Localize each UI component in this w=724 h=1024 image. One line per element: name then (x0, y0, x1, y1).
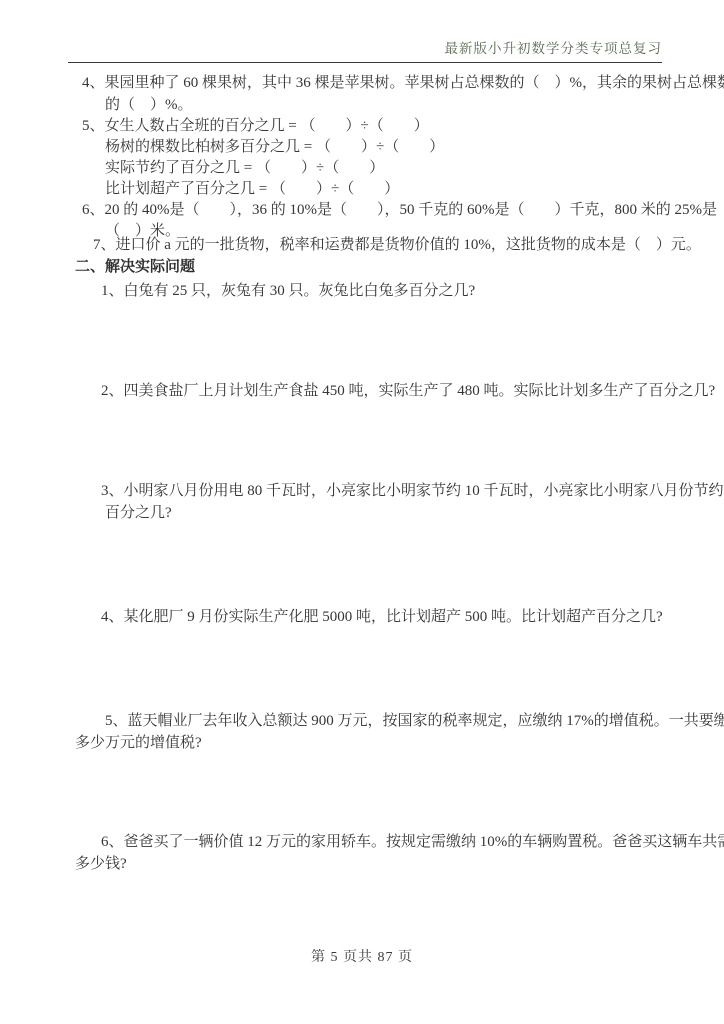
q-line: 5、蓝天帽业厂去年收入总额达 900 万元，按国家的税率规定，应缴纳 17%的增… (105, 710, 665, 732)
q-line: 6、20 的 40%是（ ），36 的 10%是（ ），50 千克的 60%是（… (82, 200, 665, 221)
section-heading-text: 二、解决实际问题 (75, 256, 665, 277)
question-s1-4: 4、果园里种了 60 棵果树，其中 36 棵是苹果树。苹果树占总棵数的（ ）%，… (75, 72, 665, 116)
question-s2-4: 4、某化肥厂 9 月份实际生产化肥 5000 吨，比计划超产 500 吨。比计划… (75, 607, 665, 628)
q-line: 4、果园里种了 60 棵果树，其中 36 棵是苹果树。苹果树占总棵数的（ ）%，… (82, 72, 665, 94)
q-line: 百分之几? (105, 502, 665, 524)
q-line: 3、小明家八月份用电 80 千瓦时，小亮家比小明家节约 10 千瓦时，小亮家比小… (101, 480, 665, 502)
q-line: 多少万元的增值税? (75, 732, 665, 754)
q-line: 7、进口价 a 元的一批货物，税率和运费都是货物价值的 10%，这批货物的成本是… (93, 235, 665, 256)
question-s2-3: 3、小明家八月份用电 80 千瓦时，小亮家比小明家节约 10 千瓦时，小亮家比小… (75, 480, 665, 524)
page-number: 第 5 页共 87 页 (0, 946, 724, 966)
page-header-title: 最新版小升初数学分类专项总复习 (445, 37, 663, 57)
q-line: 杨树的棵数比柏树多百分之几 = （ ）÷（ ） (105, 137, 665, 158)
section-two-heading: 二、解决实际问题 (75, 256, 665, 277)
q-line: 2、四美食盐厂上月计划生产食盐 450 吨，实际生产了 480 吨。实际比计划多… (101, 381, 665, 402)
q-line: 多少钱? (75, 853, 665, 875)
q-line: 4、某化肥厂 9 月份实际生产化肥 5000 吨，比计划超产 500 吨。比计划… (101, 607, 665, 628)
q-line: 的（ ）%。 (105, 94, 665, 116)
question-s1-5: 5、女生人数占全班的百分之几 = （ ）÷（ ） 杨树的棵数比柏树多百分之几 =… (75, 116, 665, 200)
question-s2-2: 2、四美食盐厂上月计划生产食盐 450 吨，实际生产了 480 吨。实际比计划多… (75, 381, 665, 402)
question-s2-1: 1、白兔有 25 只，灰兔有 30 只。灰兔比白兔多百分之几? (75, 281, 665, 302)
q-line: 实际节约了百分之几 = （ ）÷（ ） (105, 158, 665, 179)
question-s1-7: 7、进口价 a 元的一批货物，税率和运费都是货物价值的 10%，这批货物的成本是… (75, 235, 665, 256)
q-line: 6、爸爸买了一辆价值 12 万元的家用轿车。按规定需缴纳 10%的车辆购置税。爸… (101, 831, 665, 853)
q-line: 比计划超产了百分之几 = （ ）÷（ ） (105, 179, 665, 200)
header-divider (68, 62, 662, 63)
worksheet-page: 最新版小升初数学分类专项总复习 4、果园里种了 60 棵果树，其中 36 棵是苹… (0, 0, 724, 1024)
q-line: 5、女生人数占全班的百分之几 = （ ）÷（ ） (82, 116, 665, 137)
q-line: 1、白兔有 25 只，灰兔有 30 只。灰兔比白兔多百分之几? (101, 281, 665, 302)
question-s2-5: 5、蓝天帽业厂去年收入总额达 900 万元，按国家的税率规定，应缴纳 17%的增… (75, 710, 665, 754)
question-s2-6: 6、爸爸买了一辆价值 12 万元的家用轿车。按规定需缴纳 10%的车辆购置税。爸… (75, 831, 665, 875)
